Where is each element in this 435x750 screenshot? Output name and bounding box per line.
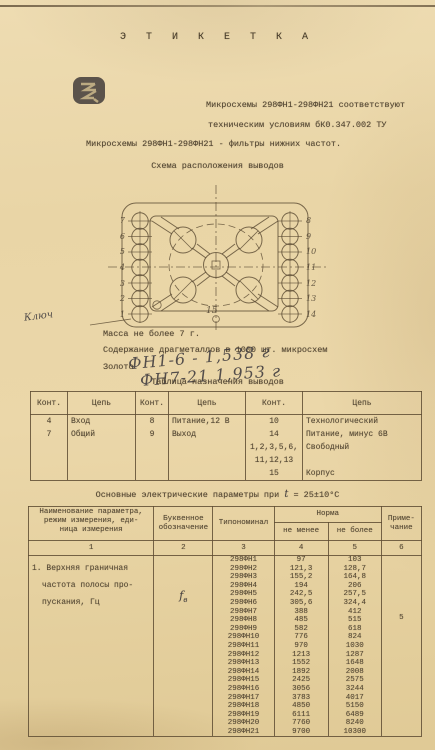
params-caption-prefix: Основные электрические параметры при: [96, 490, 280, 500]
pin-table-row: 15 Корпус: [31, 467, 422, 481]
pin-table-cell: Корпус: [303, 467, 422, 481]
max-value-cell: 8240: [328, 719, 381, 728]
max-value-cell: 164,8: [328, 573, 381, 582]
min-value-cell: 3783: [274, 694, 328, 703]
type-nominal-cell: 298ФН13: [213, 659, 274, 668]
params-col2-header-line: обозначение: [156, 524, 210, 533]
paper-fold-line: [0, 5, 435, 7]
mass-note: Масса не более 7 г.: [103, 329, 200, 339]
type-nominal-cell: 298ФН16: [213, 685, 274, 694]
pin-table-caption: Таблица назначения выводов: [0, 377, 435, 387]
note-value: 5: [382, 614, 421, 623]
pin-table-cell: [169, 454, 246, 467]
params-table-row: 1. Верхняя граничная частота полосы про-…: [29, 556, 422, 565]
pin-number: 4: [112, 263, 125, 272]
pin-table-cell: Технологический: [303, 415, 422, 429]
diagram-caption: Схема расположения выводов: [0, 161, 435, 171]
pin-table-cell: Общий: [68, 428, 136, 441]
pin-table-cell: Питание, минус 6В: [303, 428, 422, 441]
pin-table-cell: [136, 454, 169, 467]
pin-number: 6: [112, 232, 125, 241]
temperature-symbol: t: [284, 489, 288, 500]
column-index: 1: [29, 541, 154, 556]
max-value-cell: 5150: [328, 702, 381, 711]
max-value-cell: 10300: [328, 728, 381, 737]
pin-table-cell: [31, 454, 68, 467]
pin-number: 12: [306, 279, 322, 288]
pin-table-header-cell: Конт.: [136, 392, 169, 415]
pin-table-cell: [31, 441, 68, 454]
max-value-cell: 1287: [328, 651, 381, 660]
column-index: 3: [213, 541, 274, 556]
pin-table-cell: 11,12,13: [246, 454, 303, 467]
param-name-line: частота полосы про-: [42, 577, 151, 594]
pin-table-cell: 9: [136, 428, 169, 441]
pin-table-cell: [169, 441, 246, 454]
min-value-cell: 97: [274, 556, 328, 565]
param-name-line: пускания, Гц: [42, 594, 151, 611]
note-cell: 5: [381, 556, 421, 737]
min-value-cell: 9700: [274, 728, 328, 737]
package-drawing: 15: [20, 183, 340, 335]
max-value-cell: 3244: [328, 685, 381, 694]
pin-table-cell: 7: [31, 428, 68, 441]
pin-table-cell: Вход: [68, 415, 136, 429]
min-value-cell: 1213: [274, 651, 328, 660]
pin-number: 5: [112, 247, 125, 256]
min-value-cell: 2425: [274, 676, 328, 685]
param-name-line: 1. Верхняя граничная: [32, 560, 151, 577]
pin-number: 8: [306, 216, 322, 225]
params-col2-header-line: Буквенное: [156, 515, 210, 524]
type-nominal-cell: 298ФН18: [213, 702, 274, 711]
type-nominal-cell: 298ФН8: [213, 616, 274, 625]
params-table-caption: Основные электрические параметры при t =…: [0, 489, 435, 500]
center-pin-15-label: 15: [206, 306, 218, 316]
type-nominal-cell: 298ФН20: [213, 719, 274, 728]
max-value-cell: 324,4: [328, 599, 381, 608]
column-index: 5: [328, 541, 381, 556]
max-value-cell: 128,7: [328, 565, 381, 574]
pin-table-cell: [68, 467, 136, 481]
pin-table-cell: [136, 467, 169, 481]
min-value-cell: 970: [274, 642, 328, 651]
pin-table-cell: Выход: [169, 428, 246, 441]
pin-table-row: 11,12,13: [31, 454, 422, 467]
param-symbol-cell: fв: [154, 556, 213, 737]
pin-number: 2: [112, 294, 125, 303]
pin-table-cell: [303, 454, 422, 467]
max-value-cell: 1648: [328, 659, 381, 668]
factory-stamp-icon: [72, 75, 106, 111]
type-nominal-cell: 298ФН6: [213, 599, 274, 608]
params-col3-header: Типономинал: [213, 507, 274, 541]
max-value-cell: 103: [328, 556, 381, 565]
params-header-row-1: Наименование параметра, режим измерения,…: [29, 507, 422, 523]
type-nominal-cell: 298ФН2: [213, 565, 274, 574]
conformity-line-2: техническим условиям бК0.347.002 ТУ: [208, 120, 387, 130]
params-col2-header: Буквенное обозначение: [154, 507, 213, 541]
min-value-cell: 3056: [274, 685, 328, 694]
pin-table-cell: [136, 441, 169, 454]
pinout-diagram: 15: [20, 183, 340, 340]
column-index: 2: [154, 541, 213, 556]
type-nominal-cell: 298ФН1: [213, 556, 274, 565]
pin-table-header-row: Конт. Цепь Конт. Цепь Конт. Цепь: [31, 392, 422, 415]
max-value-cell: 515: [328, 616, 381, 625]
max-value-cell: 6489: [328, 711, 381, 720]
norma-header: Норма: [274, 507, 381, 523]
params-caption-suffix: = 25±10°С: [293, 490, 339, 500]
norma-min-header: не менее: [274, 523, 328, 541]
pin-table-header-cell: Цепь: [303, 392, 422, 415]
max-value-cell: 4017: [328, 694, 381, 703]
pin-table-cell: 4: [31, 415, 68, 429]
type-nominal-cell: 298ФН15: [213, 676, 274, 685]
min-value-cell: 242,5: [274, 590, 328, 599]
pin-table-cell: Свободный: [303, 441, 422, 454]
pin-table-row: 7 Общий 9 Выход 14 Питание, минус 6В: [31, 428, 422, 441]
norma-max-header: не более: [328, 523, 381, 541]
column-index: 4: [274, 541, 328, 556]
min-value-cell: 776: [274, 633, 328, 642]
max-value-cell: 257,5: [328, 590, 381, 599]
type-nominal-cell: 298ФН10: [213, 633, 274, 642]
min-value-cell: 485: [274, 616, 328, 625]
scanned-label-document: Э Т И К Е Т К А Микросхемы 298ФН1-298ФН2…: [0, 0, 435, 750]
type-nominal-cell: 298ФН17: [213, 694, 274, 703]
description-line: Микросхемы 298ФН1-298ФН21 - фильтры нижн…: [86, 139, 341, 149]
pin-table-cell: [169, 467, 246, 481]
pin-number: 14: [306, 310, 322, 319]
pin-table-cell: 10: [246, 415, 303, 429]
pin-number: 9: [306, 232, 322, 241]
pin-number: 13: [306, 294, 322, 303]
note-header: Приме- чание: [381, 507, 421, 541]
column-index: 6: [381, 541, 421, 556]
pin-table-header-cell: Цепь: [169, 392, 246, 415]
conformity-line-1: Микросхемы 298ФН1-298ФН21 соответствуют: [206, 100, 405, 110]
pin-number: 10: [306, 247, 322, 256]
pin-table-header-cell: Цепь: [68, 392, 136, 415]
params-col1-header: Наименование параметра, режим измерения,…: [29, 507, 154, 541]
type-nominal-cell: 298ФН21: [213, 728, 274, 737]
min-value-cell: 121,3: [274, 565, 328, 574]
type-nominal-cell: 298ФН19: [213, 711, 274, 720]
left-pin-numbers: 7654321: [112, 216, 125, 319]
max-value-cell: 824: [328, 633, 381, 642]
note-header-line: чание: [384, 524, 419, 533]
param-name-cell: 1. Верхняя граничная частота полосы про-…: [29, 556, 154, 737]
min-value-cell: 7760: [274, 719, 328, 728]
min-value-cell: 4850: [274, 702, 328, 711]
params-col1-header-line: Наименование параметра,: [31, 508, 151, 517]
frequency-symbol-subscript: в: [183, 596, 187, 604]
pin-number: 7: [112, 216, 125, 225]
pin-table-cell: Питание,12 В: [169, 415, 246, 429]
document-title: Э Т И К Е Т К А: [0, 32, 435, 43]
pin-table-header-cell: Конт.: [246, 392, 303, 415]
type-nominal-cell: 298ФН7: [213, 608, 274, 617]
params-index-row: 123456: [29, 541, 422, 556]
min-value-cell: 1552: [274, 659, 328, 668]
pin-table-header-cell: Конт.: [31, 392, 68, 415]
pin-table-cell: 15: [246, 467, 303, 481]
min-value-cell: 305,6: [274, 599, 328, 608]
params-col1-header-line: ница измерения: [31, 526, 151, 535]
pin-table-row: 1,2,3,5,6, Свободный: [31, 441, 422, 454]
pin-table-cell: 1,2,3,5,6,: [246, 441, 303, 454]
type-nominal-cell: 298ФН5: [213, 590, 274, 599]
type-nominal-cell: 298ФН11: [213, 642, 274, 651]
min-value-cell: 155,2: [274, 573, 328, 582]
pin-number: 3: [112, 279, 125, 288]
note-header-line: Приме-: [384, 515, 419, 524]
pin-table-cell: 14: [246, 428, 303, 441]
pin-table-cell: [68, 441, 136, 454]
min-value-cell: 6111: [274, 711, 328, 720]
electrical-params-table: Наименование параметра, режим измерения,…: [28, 506, 422, 737]
pin-table-cell: 8: [136, 415, 169, 429]
pin-number: 1: [112, 310, 125, 319]
pin-table-row: 4 Вход 8 Питание,12 В 10 Технологический: [31, 415, 422, 429]
pin-table-cell: [68, 454, 136, 467]
max-value-cell: 2575: [328, 676, 381, 685]
type-nominal-cell: 298ФН3: [213, 573, 274, 582]
right-pin-numbers: 891011121314: [306, 216, 322, 319]
params-col1-header-line: режим измерения, еди-: [31, 517, 151, 526]
max-value-cell: 1030: [328, 642, 381, 651]
pin-number: 11: [306, 263, 322, 272]
min-value-cell: 388: [274, 608, 328, 617]
type-nominal-cell: 298ФН12: [213, 651, 274, 660]
pin-table-cell: [31, 467, 68, 481]
max-value-cell: 412: [328, 608, 381, 617]
pin-assignment-table: Конт. Цепь Конт. Цепь Конт. Цепь 4 Вход …: [30, 391, 422, 481]
